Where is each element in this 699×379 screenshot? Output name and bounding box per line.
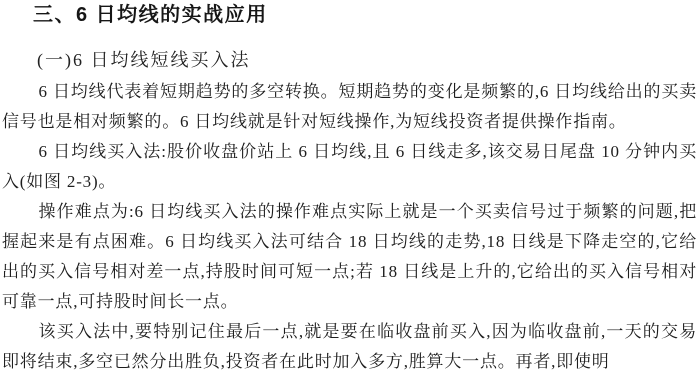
body-text: 6 日均线代表着短期趋势的多空转换。短期趋势的变化是频繁的,6 日均线给出的买卖…: [2, 77, 697, 377]
subsection-title: (一)6 日均线短线买入法: [37, 49, 699, 72]
paragraph-final-note: 该买入法中,要特别记住最后一点,就是要在临收盘前买入,因为临收盘前,一天的交易即…: [2, 317, 697, 377]
paragraph-difficulty: 操作难点为:6 日均线买入法的操作难点实际上就是一个买卖信号过于频繁的问题,把握…: [2, 197, 697, 317]
paragraph-intro: 6 日均线代表着短期趋势的多空转换。短期趋势的变化是频繁的,6 日均线给出的买卖…: [2, 77, 697, 137]
book-page: 三、6 日均线的实战应用 (一)6 日均线短线买入法 6 日均线代表着短期趋势的…: [0, 0, 699, 379]
section-title: 三、6 日均线的实战应用: [33, 3, 699, 28]
paragraph-buy-method: 6 日均线买入法:股价收盘价站上 6 日均线,且 6 日线走多,该交易日尾盘 1…: [2, 137, 697, 197]
